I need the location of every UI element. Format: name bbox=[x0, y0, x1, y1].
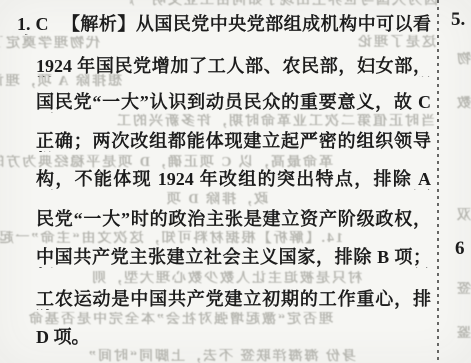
explanation-line: 民党“一大”时的政治主张是建立资产阶级政权，而 bbox=[36, 209, 431, 230]
question-6-number: 6 bbox=[455, 238, 465, 259]
question-number: 1. bbox=[17, 14, 31, 34]
question-5-number: 5. bbox=[451, 9, 465, 30]
bleed-through-mark: 鉴 bbox=[446, 326, 471, 343]
explanation-line: D 项。 bbox=[36, 327, 431, 348]
bleed-through-line: 因为大国与世界上出现了如同由工业文明一起 bbox=[130, 0, 438, 10]
scanned-answer-page: 因为大国与世界上出现了如同由工业文明一起 代物理学奠定了基础 这是了理论 想排除… bbox=[0, 0, 471, 363]
analysis-label: 【解析】 bbox=[61, 14, 135, 34]
explanation-line: 国民党“一大”认识到动员民众的重要意义，故 C 项 bbox=[36, 92, 431, 113]
bleed-through-mark: 签 bbox=[447, 282, 471, 299]
explanation-line: 1. C【解析】从国民党中央党部组成机构中可以看出， bbox=[17, 14, 431, 35]
column-divider bbox=[437, 0, 439, 363]
bleed-through-line: 14.【解析】根据材料可知，这次文由“主命”一起 bbox=[0, 231, 343, 248]
bleed-through-line: 当时正值第二次工业革命时期，许多新兴的工业 bbox=[115, 114, 435, 131]
explanation-line: 正确；两次改组都能体现建立起严密的组织领导机 bbox=[36, 131, 431, 152]
bleed-through-mark: 数 bbox=[446, 96, 471, 113]
bleed-through-line: 代物理学奠定了基础 bbox=[0, 36, 100, 53]
bleed-through-line: 村只是被迫主让人数少数心理大型，则 bbox=[0, 271, 362, 288]
answer-letter: C bbox=[35, 14, 48, 34]
bleed-through-line: 政，排除 D 项 bbox=[128, 192, 268, 209]
bleed-through-mark: 物 bbox=[444, 52, 471, 69]
explanation-line: 工农运动是中国共产党建立初期的工作重心，排除 bbox=[36, 289, 431, 310]
explanation-line: 1924 年国民党增加了工人部、农民部，妇女部，说明 bbox=[36, 56, 431, 77]
explanation-line: 中国共产党主张建立社会主义国家，排除 B 项；领导 bbox=[36, 247, 431, 268]
explanation-line: 构，不能体现 1924 年改组的突出特点，排除 A 项；国 bbox=[36, 169, 431, 190]
bleed-through-line: 身份 海海洋联签 不去，上脚同“时间” bbox=[18, 349, 356, 363]
bleed-through-line: 这是了理论 bbox=[330, 35, 436, 52]
bleed-through-mark: 双 bbox=[446, 208, 471, 225]
